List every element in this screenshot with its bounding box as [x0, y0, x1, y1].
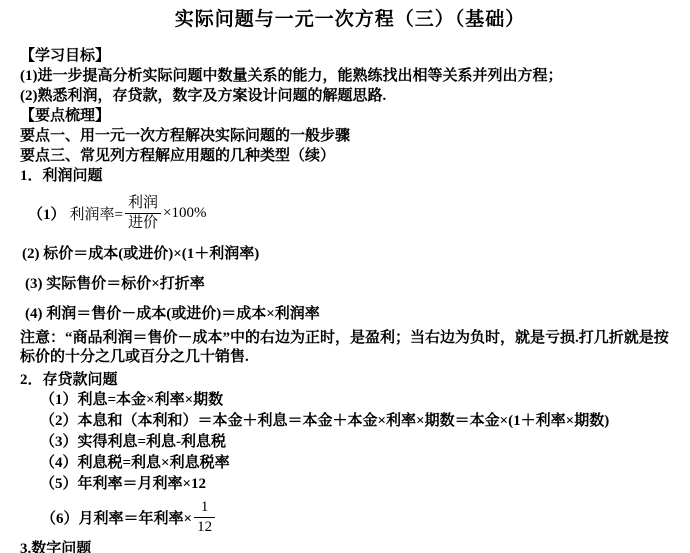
key-points-header: 【要点梳理】 — [20, 106, 680, 126]
fraction-denominator: 12 — [194, 517, 215, 537]
formula-lead: 利润率= — [70, 203, 123, 224]
digits-section-heading: 3.数字问题 — [20, 539, 680, 553]
markup-price-formula: (2) 标价＝成本(或进价)×(1＋利润率) — [22, 244, 680, 264]
profit-rate-formula: （1） 利润率= 利润 进价 ×100% — [28, 191, 680, 235]
principal-interest-formula: （2）本息和（本利和）＝本金＋利息＝本金＋本金×利率×期数＝本金×(1＋利率×期… — [40, 411, 680, 432]
fraction: 利润 进价 — [125, 194, 161, 233]
profit-note: 注意：“商品利润＝售价－成本”中的右边为正时，是盈利；当右边为负时，就是亏损.打… — [20, 329, 680, 367]
fraction: 1 12 — [194, 498, 215, 537]
fraction-numerator: 1 — [194, 498, 215, 517]
learning-goal-2: (2)熟悉利润，存贷款，数字及方案设计问题的解题思路. — [20, 86, 680, 106]
annual-rate-formula: （5）年利率＝月利率×12 — [40, 474, 680, 495]
learning-goal-1: (1)进一步提高分析实际问题中数量关系的能力，能熟练找出相等关系并列出方程； — [20, 66, 680, 86]
fraction-denominator: 进价 — [125, 213, 161, 233]
formula-suffix: ×100% — [163, 205, 206, 222]
interest-tax-formula: （4）利息税=利息×利息税率 — [40, 453, 680, 474]
profit-formula: (4) 利润＝售价－成本(或进价)＝成本×利润率 — [25, 304, 680, 324]
actual-price-formula: (3) 实际售价＝标价×打折率 — [25, 274, 680, 294]
key-point-one: 要点一、用一元一次方程解决实际问题的一般步骤 — [20, 126, 680, 146]
key-point-three: 要点三、常见列方程解应用题的几种类型（续） — [20, 146, 680, 166]
document-page: 实际问题与一元一次方程（三）（基础） 【学习目标】 (1)进一步提高分析实际问题… — [0, 0, 690, 553]
net-interest-formula: （3）实得利息=利息-利息税 — [40, 432, 680, 453]
fraction-numerator: 利润 — [125, 194, 161, 213]
deposit-section-heading: 2．存贷款问题 — [20, 370, 680, 390]
formula-lead: （6）月利率＝年利率× — [41, 507, 192, 528]
page-title: 实际问题与一元一次方程（三）（基础） — [20, 8, 680, 32]
interest-formula: （1）利息=本金×利率×期数 — [40, 390, 680, 411]
profit-section-heading: 1．利润问题 — [20, 166, 680, 186]
formula-index: （1） — [28, 203, 66, 224]
learning-goals-header: 【学习目标】 — [20, 46, 680, 66]
monthly-rate-formula: （6）月利率＝年利率× 1 12 — [41, 496, 680, 538]
